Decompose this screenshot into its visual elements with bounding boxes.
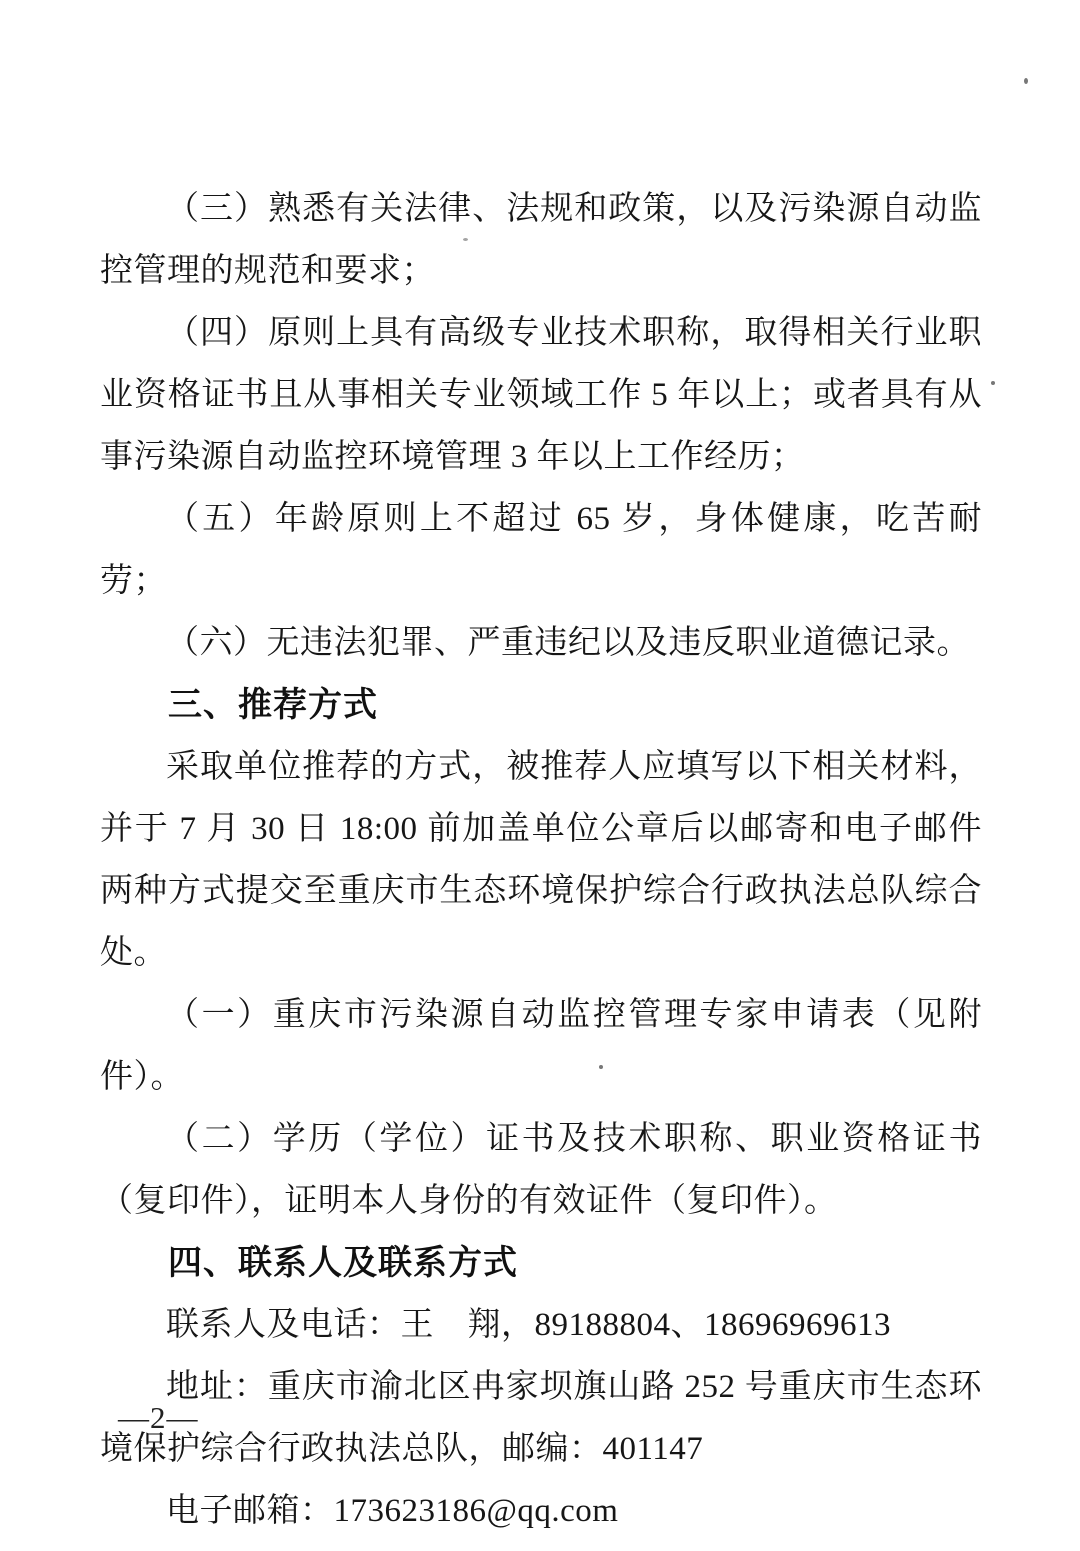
paragraph-item-3-requirement: （三）熟悉有关法律、法规和政策，以及污染源自动监控管理的规范和要求； [100, 178, 982, 302]
scan-speck [1024, 78, 1028, 84]
scan-speck [599, 1065, 603, 1069]
paragraph-recommendation-method: 采取单位推荐的方式，被推荐人应填写以下相关材料，并于 7 月 30 日 18:0… [100, 736, 982, 984]
paragraph-material-1-application: （一）重庆市污染源自动监控管理专家申请表（见附件）。 [100, 984, 982, 1108]
paragraph-contact-phone: 联系人及电话：王 翔，89188804、18696969613 [100, 1294, 982, 1356]
scan-speck [991, 381, 995, 385]
paragraph-material-2-certificates: （二）学历（学位）证书及技术职称、职业资格证书（复印件），证明本人身份的有效证件… [100, 1108, 982, 1232]
paragraph-item-4-requirement: （四）原则上具有高级专业技术职称，取得相关行业职业资格证书且从事相关专业领域工作… [100, 302, 982, 488]
document-body: （三）熟悉有关法律、法规和政策，以及污染源自动监控管理的规范和要求； （四）原则… [100, 178, 982, 1542]
paragraph-contact-email: 电子邮箱：173623186@qq.com [100, 1480, 982, 1542]
paragraph-item-6-requirement: （六）无违法犯罪、严重违纪以及违反职业道德记录。 [100, 612, 982, 674]
page-number: —2— [118, 1398, 199, 1438]
paragraph-item-5-requirement: （五）年龄原则上不超过 65 岁，身体健康，吃苦耐劳； [100, 488, 982, 612]
section-heading-contact: 四、联系人及联系方式 [100, 1232, 982, 1294]
paragraph-contact-address: 地址：重庆市渝北区冉家坝旗山路 252 号重庆市生态环境保护综合行政执法总队，邮… [100, 1356, 982, 1480]
scanned-document-page: （三）熟悉有关法律、法规和政策，以及污染源自动监控管理的规范和要求； （四）原则… [0, 0, 1080, 1551]
scan-speck [463, 238, 468, 241]
section-heading-recommendation: 三、推荐方式 [100, 674, 982, 736]
